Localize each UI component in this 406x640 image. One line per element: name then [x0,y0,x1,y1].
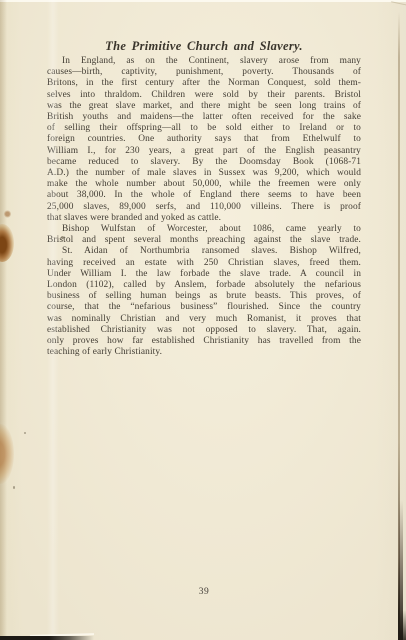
paragraph-3: St. Aidan of Northumbria ransomed slaves… [47,246,361,358]
text-line: Britons, in the first century after the … [47,78,361,89]
paper-stain-upper-dot [4,210,11,218]
text-line: was the great slave market, and there mi… [47,101,361,112]
dark-strip-bottom-left [0,636,94,640]
paragraph-2: Bishop Wulfstan of Worcester, about 1086… [47,224,361,246]
text-line: causes—birth, captivity, punishment, pov… [47,67,361,78]
text-line: was nominally Christian and very much Ro… [47,314,361,325]
paper-speck [24,432,26,434]
scanned-book-page: The Primitive Church and Slavery. In Eng… [0,0,406,640]
text-line: selves into thraldom. Children were sold… [47,90,361,101]
paper-stain-lower [0,424,14,484]
corner-crease-top-right [391,1,406,6]
text-line: In England, as on the Continent, slavery… [47,56,361,67]
paragraph-1: In England, as on the Continent, slavery… [47,56,361,224]
text-line: Bishop Wulfstan of Worcester, about 1086… [47,224,361,235]
binding-shadow-left [0,0,7,640]
text-line: teaching of early Christianity. [47,347,361,358]
text-line: established Christianity was not opposed… [47,325,361,336]
page-title: The Primitive Church and Slavery. [47,39,361,53]
scan-top-edge [0,0,406,2]
text-line: that slaves were branded and yoked as ca… [47,213,361,224]
text-line: make the whole number about 50,000, whil… [47,179,361,190]
body-text: In England, as on the Continent, slavery… [47,56,361,358]
text-line: course, that the “nefarious business” fl… [47,302,361,313]
page-edge-line-right [398,12,400,640]
text-line: about 38,000. In the whole of England th… [47,190,361,201]
text-line: St. Aidan of Northumbria ransomed slaves… [47,246,361,257]
text-line: Under William I. the law forbade the sla… [47,269,361,280]
text-line: Bristol and spent several months preachi… [47,235,361,246]
text-line: foreign countries. One authority says th… [47,134,361,145]
text-line: of selling their offspring—all to be sol… [47,123,361,134]
text-line: business of selling human beings as brut… [47,291,361,302]
text-line: A.D.) the number of male slaves in Susse… [47,168,361,179]
scan-sliver-bottom-left [30,633,94,637]
text-line: became reduced to slavery. By the Doomsd… [47,157,361,168]
text-line: only proves how far established Christia… [47,336,361,347]
text-line: British youths and maidens—the latter of… [47,112,361,123]
text-line: London (1102), called by Anslem, forbade… [47,280,361,291]
paper-stain-upper [0,224,14,262]
text-line: 25,000 slaves, 89,000 serfs, and 110,000… [47,202,361,213]
page-edge-dark-right [399,500,403,640]
page-number: 39 [47,587,361,597]
paper-speck [13,486,15,489]
dark-corner-bottom-right [398,610,406,640]
text-line: William I., for 230 years, a great part … [47,146,361,157]
text-line: having received an estate with 250 Chris… [47,258,361,269]
